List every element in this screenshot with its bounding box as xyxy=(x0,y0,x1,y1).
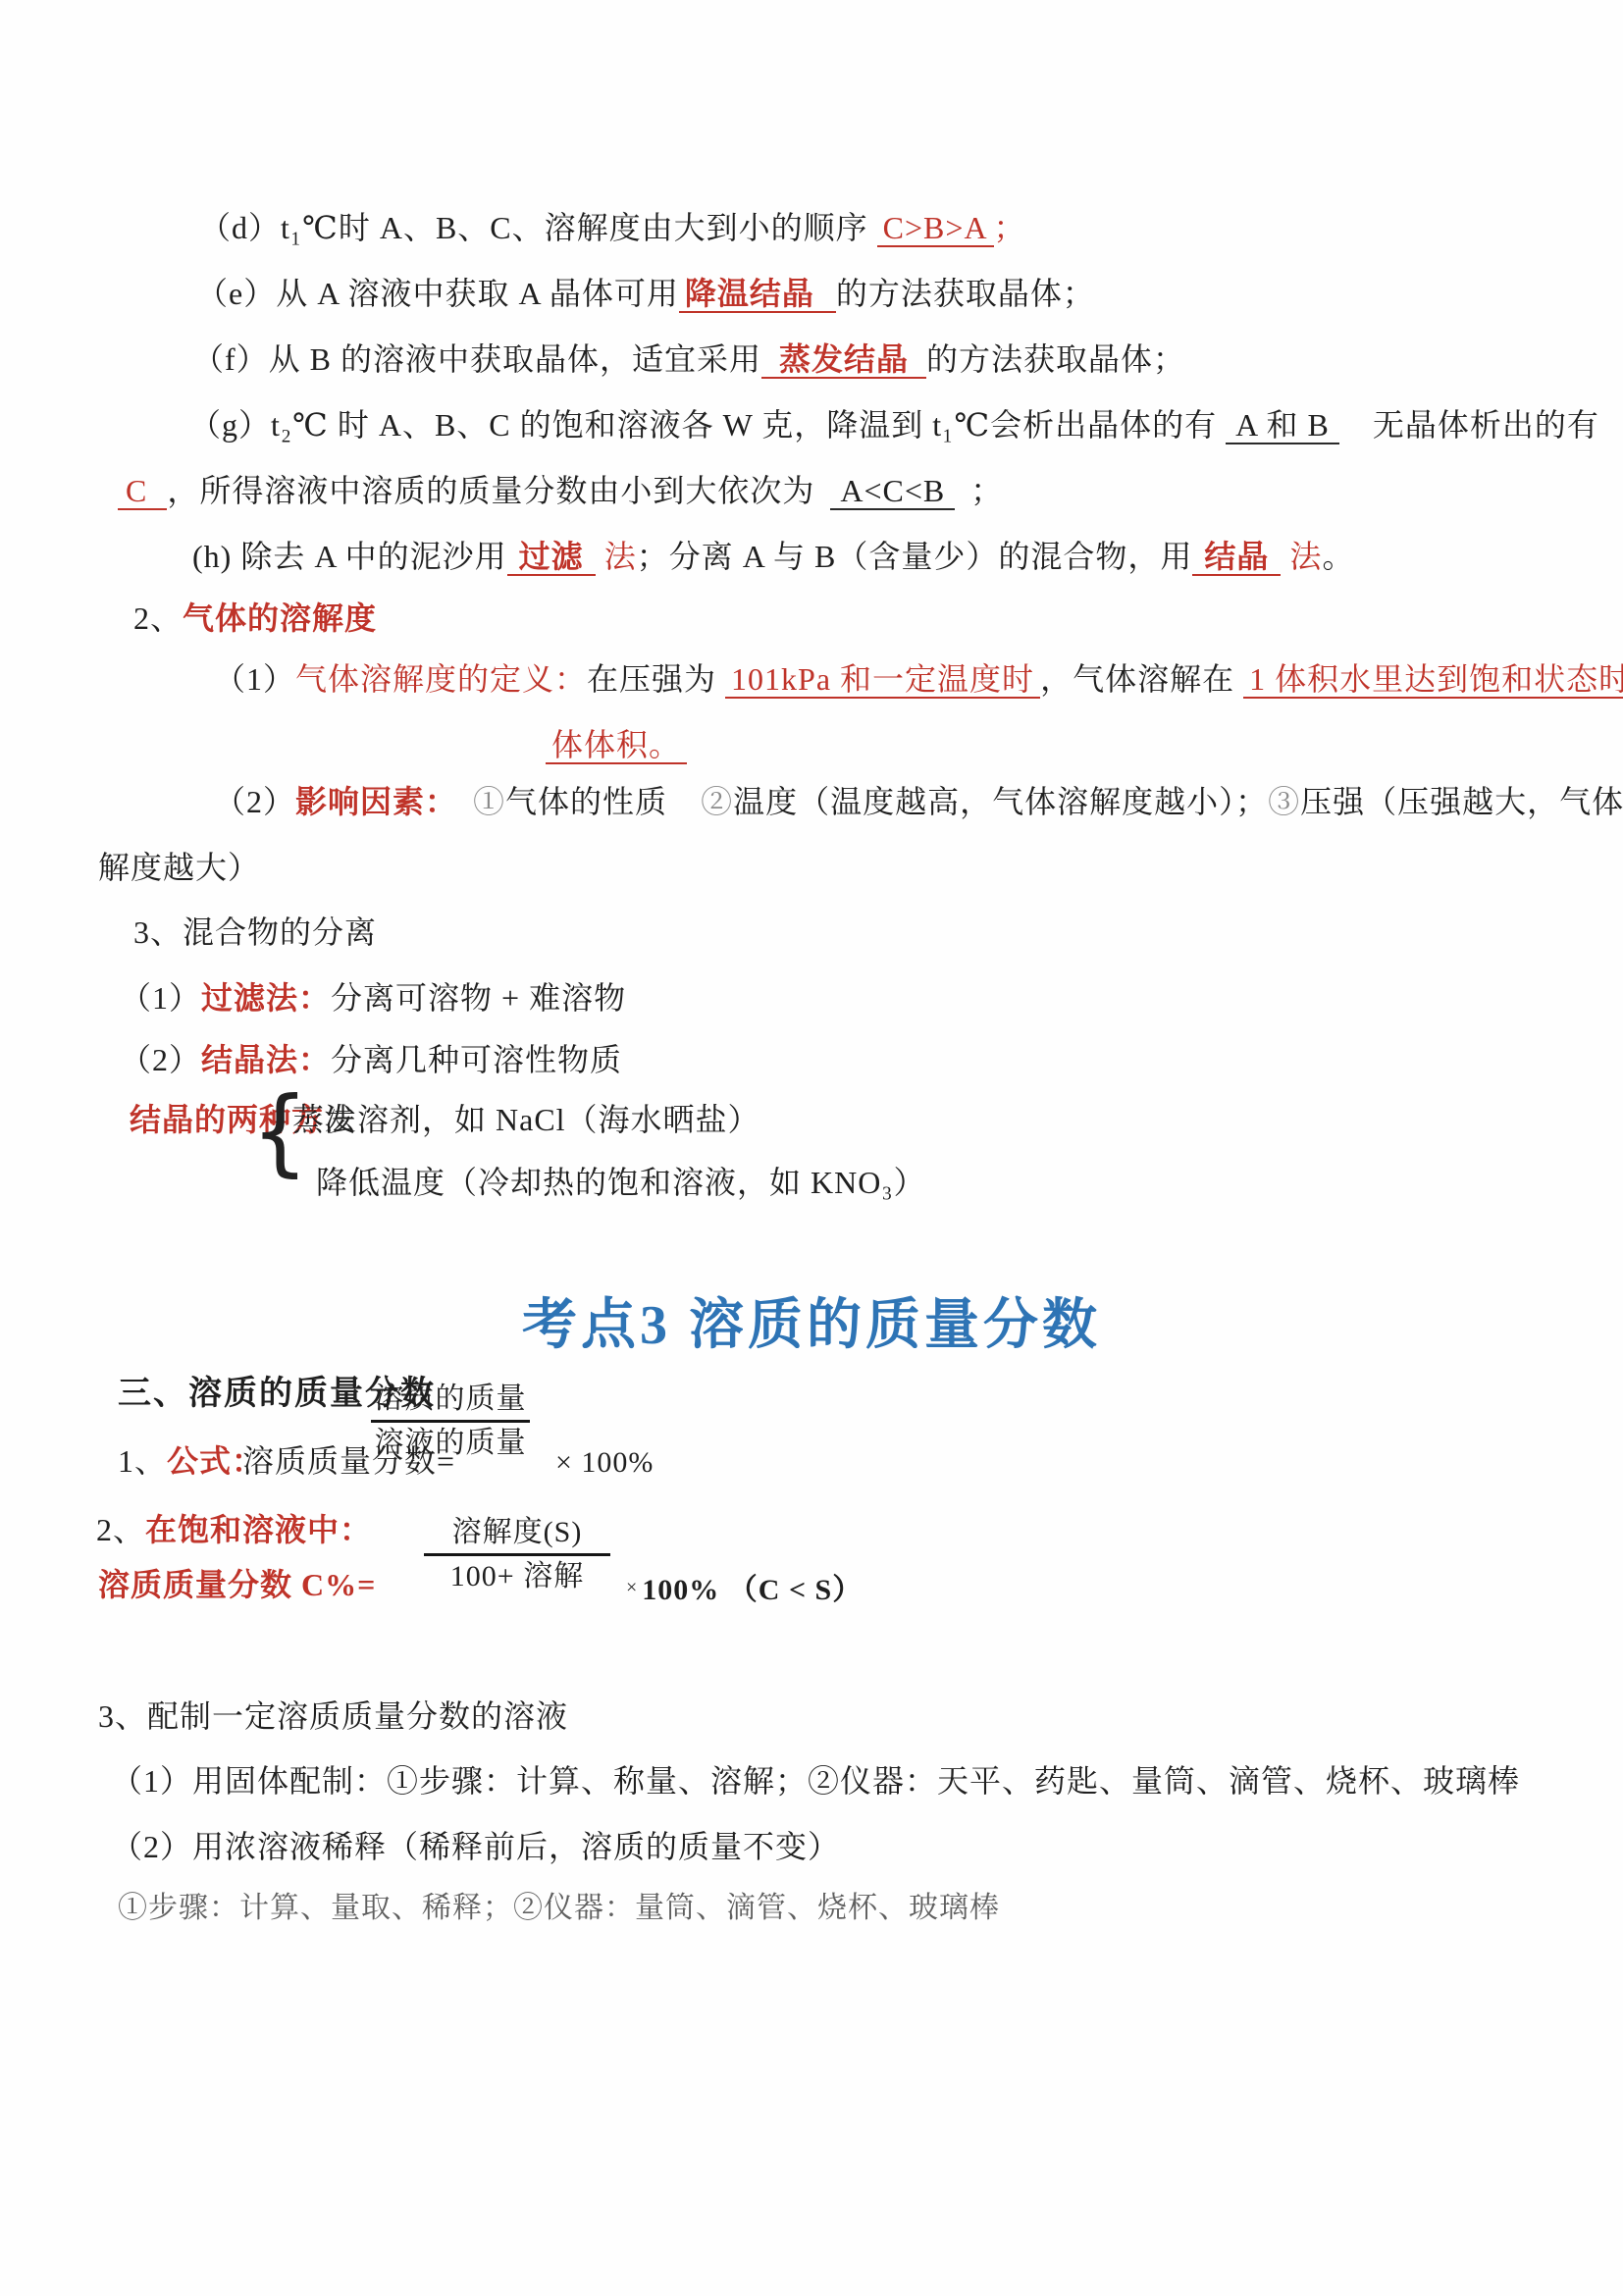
item-h-answer1: 过滤 xyxy=(507,539,596,576)
crystallization-item2-text: 降低温度（冷却热的饱和溶液，如 KNO₃） xyxy=(316,1165,926,1200)
formula1-num: 1、 xyxy=(118,1443,167,1479)
item-f-text: （f）从 B 的溶液中获取晶体，适宜采用 xyxy=(192,341,761,377)
item-d-answer: C>B>A xyxy=(877,210,994,247)
section-mixture-separation: 3、混合物的分离 xyxy=(133,913,377,952)
formula2-label: 2、在饱和溶液中： xyxy=(96,1510,372,1549)
gas-factors-label: 影响因素： xyxy=(295,784,457,819)
gas-factors-t3: 压强（压强越大，气体溶 xyxy=(1300,784,1623,819)
item-h-mid: ；分离 A 与 B（含量少）的混合物，用 xyxy=(637,539,1193,574)
crystallization-item-2: 降低温度（冷却热的饱和溶液，如 KNO₃） xyxy=(316,1163,926,1202)
gas-factors-cont: 解度越大） xyxy=(98,848,260,887)
item-g-end: 无晶体析出的有 xyxy=(1373,407,1599,443)
mix-method-1: （1）过滤法：分离可溶物 + 难溶物 xyxy=(120,978,626,1018)
circled-2-icon: ② xyxy=(701,784,733,819)
mix-m2-text: 分离几种可溶性物质 xyxy=(331,1042,622,1077)
item-e: （e）从 A 溶液中获取 A 晶体可用降温结晶的方法获取晶体； xyxy=(196,274,1095,313)
item-d-end: ； xyxy=(994,210,1026,245)
item-h: (h) 除去 A 中的泥沙用过滤 法；分离 A 与 B（含量少）的混合物，用结晶… xyxy=(192,537,1354,576)
formula2-tail-text: 100% （C < S） xyxy=(642,1574,863,1606)
mix-m1-text: 分离可溶物 + 难溶物 xyxy=(331,980,626,1016)
item-h-answer2: 结晶 xyxy=(1192,539,1281,576)
formula1-fraction: 溶质的质量 溶液的质量 xyxy=(371,1382,530,1461)
gas-factors-t2: 温度（温度越高，气体溶解度越小）； xyxy=(733,784,1268,819)
gas-def-t2: ，气体溶解在 xyxy=(1040,661,1243,697)
crystallization-item-1: 蒸发溶剂，如 NaCl（海水晒盐） xyxy=(292,1100,760,1139)
dilute-steps-line: ①步骤：计算、量取、稀释；②仪器：量筒、滴管、烧杯、玻璃棒 xyxy=(118,1890,1000,1927)
formula2-label-text: 在饱和溶液中： xyxy=(145,1512,372,1547)
formula2-fraction: 溶解度(S) 100+ 溶解 xyxy=(424,1515,610,1594)
formula2-denominator: 100+ 溶解 xyxy=(424,1559,610,1594)
item-f: （f）从 B 的溶液中获取晶体，适宜采用蒸发结晶的方法获取晶体； xyxy=(192,339,1185,379)
fraction-bar xyxy=(371,1420,530,1423)
mix-m1-num: （1） xyxy=(120,980,201,1016)
item-g-mid: ，所得溶液中溶质的质量分数由小到大依次为 xyxy=(167,473,814,508)
gas-def-answer1: 101kPa 和一定温度时 xyxy=(725,661,1040,699)
item-d-text: （d）t₁℃时 A、B、C、溶解度由大到小的顺序 xyxy=(199,210,877,245)
item-g-line1: （g）t₂℃ 时 A、B、C 的饱和溶液各 W 克，降温到 t₁℃会析出晶体的有… xyxy=(189,405,1599,444)
gas-def-num: （1） xyxy=(214,661,295,697)
gas-factors-t1: 气体的性质 xyxy=(505,784,667,819)
item-g-answer1: A 和 B xyxy=(1226,407,1339,444)
circled-1-icon: ① xyxy=(473,784,505,819)
formula1-numerator: 溶质的质量 xyxy=(371,1382,530,1417)
crystallization-item1-text: 蒸发溶剂，如 NaCl（海水晒盐） xyxy=(292,1102,760,1137)
item-h-end: 。 xyxy=(1322,539,1354,574)
prepare-dilute-line: （2）用浓溶液稀释（稀释前后，溶质的质量不变） xyxy=(111,1827,840,1866)
section-gas-title: 气体的溶解度 xyxy=(183,600,377,636)
formula2-numerator: 溶解度(S) xyxy=(424,1515,610,1550)
mix-m2-label: 结晶法： xyxy=(201,1042,331,1077)
gas-def-label: 气体溶解度的定义： xyxy=(295,661,587,697)
formula2-lhs: 溶质质量分数 C%= xyxy=(98,1565,376,1604)
document-page: （d）t₁℃时 A、B、C、溶解度由大到小的顺序 C>B>A； （e）从 A 溶… xyxy=(0,0,1623,2296)
formula1-denominator: 溶液的质量 xyxy=(371,1426,530,1461)
mix-method-2: （2）结晶法：分离几种可溶性物质 xyxy=(120,1040,622,1079)
item-f-end: 的方法获取晶体； xyxy=(926,341,1185,377)
gas-def-answer2: 1 体积水里达到饱和状态时的气 xyxy=(1243,661,1623,699)
circled-3-icon: ③ xyxy=(1268,784,1300,819)
formula2-tail: ×100% （C < S） xyxy=(626,1572,863,1609)
item-g-answer2: C xyxy=(118,473,167,510)
item-g-line2: C，所得溶液中溶质的质量分数由小到大依次为A<C<B； xyxy=(118,471,1003,510)
gas-factors-cont-text: 解度越大） xyxy=(98,850,260,885)
section-prepare-solution: 3、配制一定溶质质量分数的溶液 xyxy=(98,1696,568,1736)
prepare-solid-line: （1）用固体配制：①步骤：计算、称量、溶解；②仪器：天平、药匙、量筒、滴管、烧杯… xyxy=(111,1761,1520,1800)
gas-definition: （1）气体溶解度的定义：在压强为 101kPa 和一定温度时，气体溶解在 1 体… xyxy=(214,659,1623,699)
formula2-mult-sign: × xyxy=(626,1577,638,1598)
section-gas-number: 2、 xyxy=(133,600,183,636)
item-f-answer: 蒸发结晶 xyxy=(761,341,926,379)
item-g-end2: ； xyxy=(970,473,1003,508)
page-title: 考点3 溶质的质量分数 xyxy=(0,1281,1623,1360)
section-mixture-title: 3、混合物的分离 xyxy=(133,914,377,950)
item-d: （d）t₁℃时 A、B、C、溶解度由大到小的顺序 C>B>A； xyxy=(199,208,1026,247)
section-gas-solubility: 2、气体的溶解度 xyxy=(133,599,377,638)
formula1-mult: × 100% xyxy=(555,1444,654,1482)
item-h-text: (h) 除去 A 中的泥沙用 xyxy=(192,539,507,574)
item-h-fa1: 法 xyxy=(596,539,637,574)
gas-factors-num: （2） xyxy=(214,784,295,819)
item-h-fa2: 法 xyxy=(1281,539,1322,574)
fraction-bar xyxy=(424,1553,610,1556)
gas-def-answer3: 体体积。 xyxy=(546,727,687,764)
item-e-text: （e）从 A 溶液中获取 A 晶体可用 xyxy=(196,276,679,311)
gas-def-t1: 在压强为 xyxy=(587,661,725,697)
item-g-answer3: A<C<B xyxy=(830,473,955,510)
item-e-answer: 降温结晶 xyxy=(679,276,836,313)
gas-factors: （2）影响因素：①气体的性质②温度（温度越高，气体溶解度越小）；③压强（压强越大… xyxy=(214,782,1623,821)
mix-m1-label: 过滤法： xyxy=(201,980,331,1016)
gas-definition-cont: 体体积。 xyxy=(546,725,687,764)
formula2-num: 2、 xyxy=(96,1512,145,1547)
item-e-end: 的方法获取晶体； xyxy=(836,276,1095,311)
item-g-text: （g）t₂℃ 时 A、B、C 的饱和溶液各 W 克，降温到 t₁℃会析出晶体的有 xyxy=(189,407,1226,443)
mix-m2-num: （2） xyxy=(120,1042,201,1077)
